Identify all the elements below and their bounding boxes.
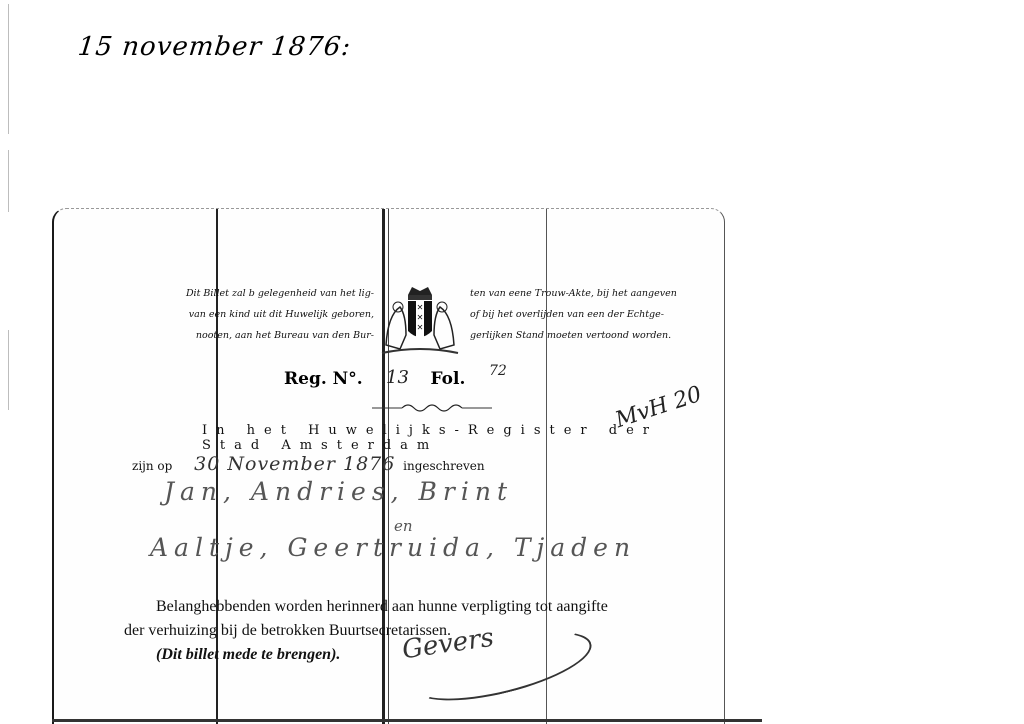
document-bottom-edge [52, 719, 762, 722]
handwritten-date-annotation: 15 november 1876: [76, 32, 352, 62]
amsterdam-crest-icon: ✕ ✕ ✕ [380, 285, 460, 359]
scan-edge [8, 150, 9, 212]
header-right-line: of bij het overlijden van een der Echtge… [470, 304, 710, 325]
scan-edge [8, 330, 9, 410]
scan-edge [8, 4, 9, 134]
registered-date: 30 November 1876 [194, 453, 395, 475]
notice-line-1: Belanghebbenden worden herinnerd aan hun… [124, 595, 724, 619]
header-right-line: ten van eene Trouw-Akte, bij het aangeve… [470, 283, 710, 304]
register-number-line: Reg. N°. 13 Fol. 72 [284, 369, 465, 389]
svg-text:✕: ✕ [417, 313, 424, 322]
header-left-line: Dit Billet zal b gelegenheid van het lig… [134, 283, 374, 304]
ornament-divider-icon [372, 399, 492, 411]
reg-label: Reg. N°. [284, 369, 363, 389]
svg-text:✕: ✕ [417, 323, 424, 332]
ingeschreven-label: ingeschreven [403, 459, 484, 473]
fol-number: 72 [489, 363, 507, 379]
header-text-right: ten van eene Trouw-Akte, bij het aangeve… [470, 283, 710, 346]
svg-text:✕: ✕ [417, 303, 424, 312]
register-line: In het Huwelijks-Register der Stad Amste… [202, 423, 724, 453]
marriage-billet: Dit Billet zal b gelegenheid van het lig… [52, 208, 725, 724]
registration-date-line: zijn op 30 November 1876 ingeschreven [132, 453, 485, 475]
reg-number: 13 [386, 367, 409, 388]
fol-label: Fol. [431, 369, 466, 389]
zijn-op-label: zijn op [132, 459, 172, 473]
groom-name: Jan, Andries, Brint [164, 477, 513, 506]
header-left-line: van een kind uit dit Huwelijk geboren, [134, 304, 374, 325]
bride-name: Aaltje, Geertruida, Tjaden [150, 533, 636, 562]
header-text-left: Dit Billet zal b gelegenheid van het lig… [134, 283, 374, 346]
header-left-line: nooten, aan het Bureau van den Bur- [134, 325, 374, 346]
header-right-line: gerlijken Stand moeten vertoond worden. [470, 325, 710, 346]
